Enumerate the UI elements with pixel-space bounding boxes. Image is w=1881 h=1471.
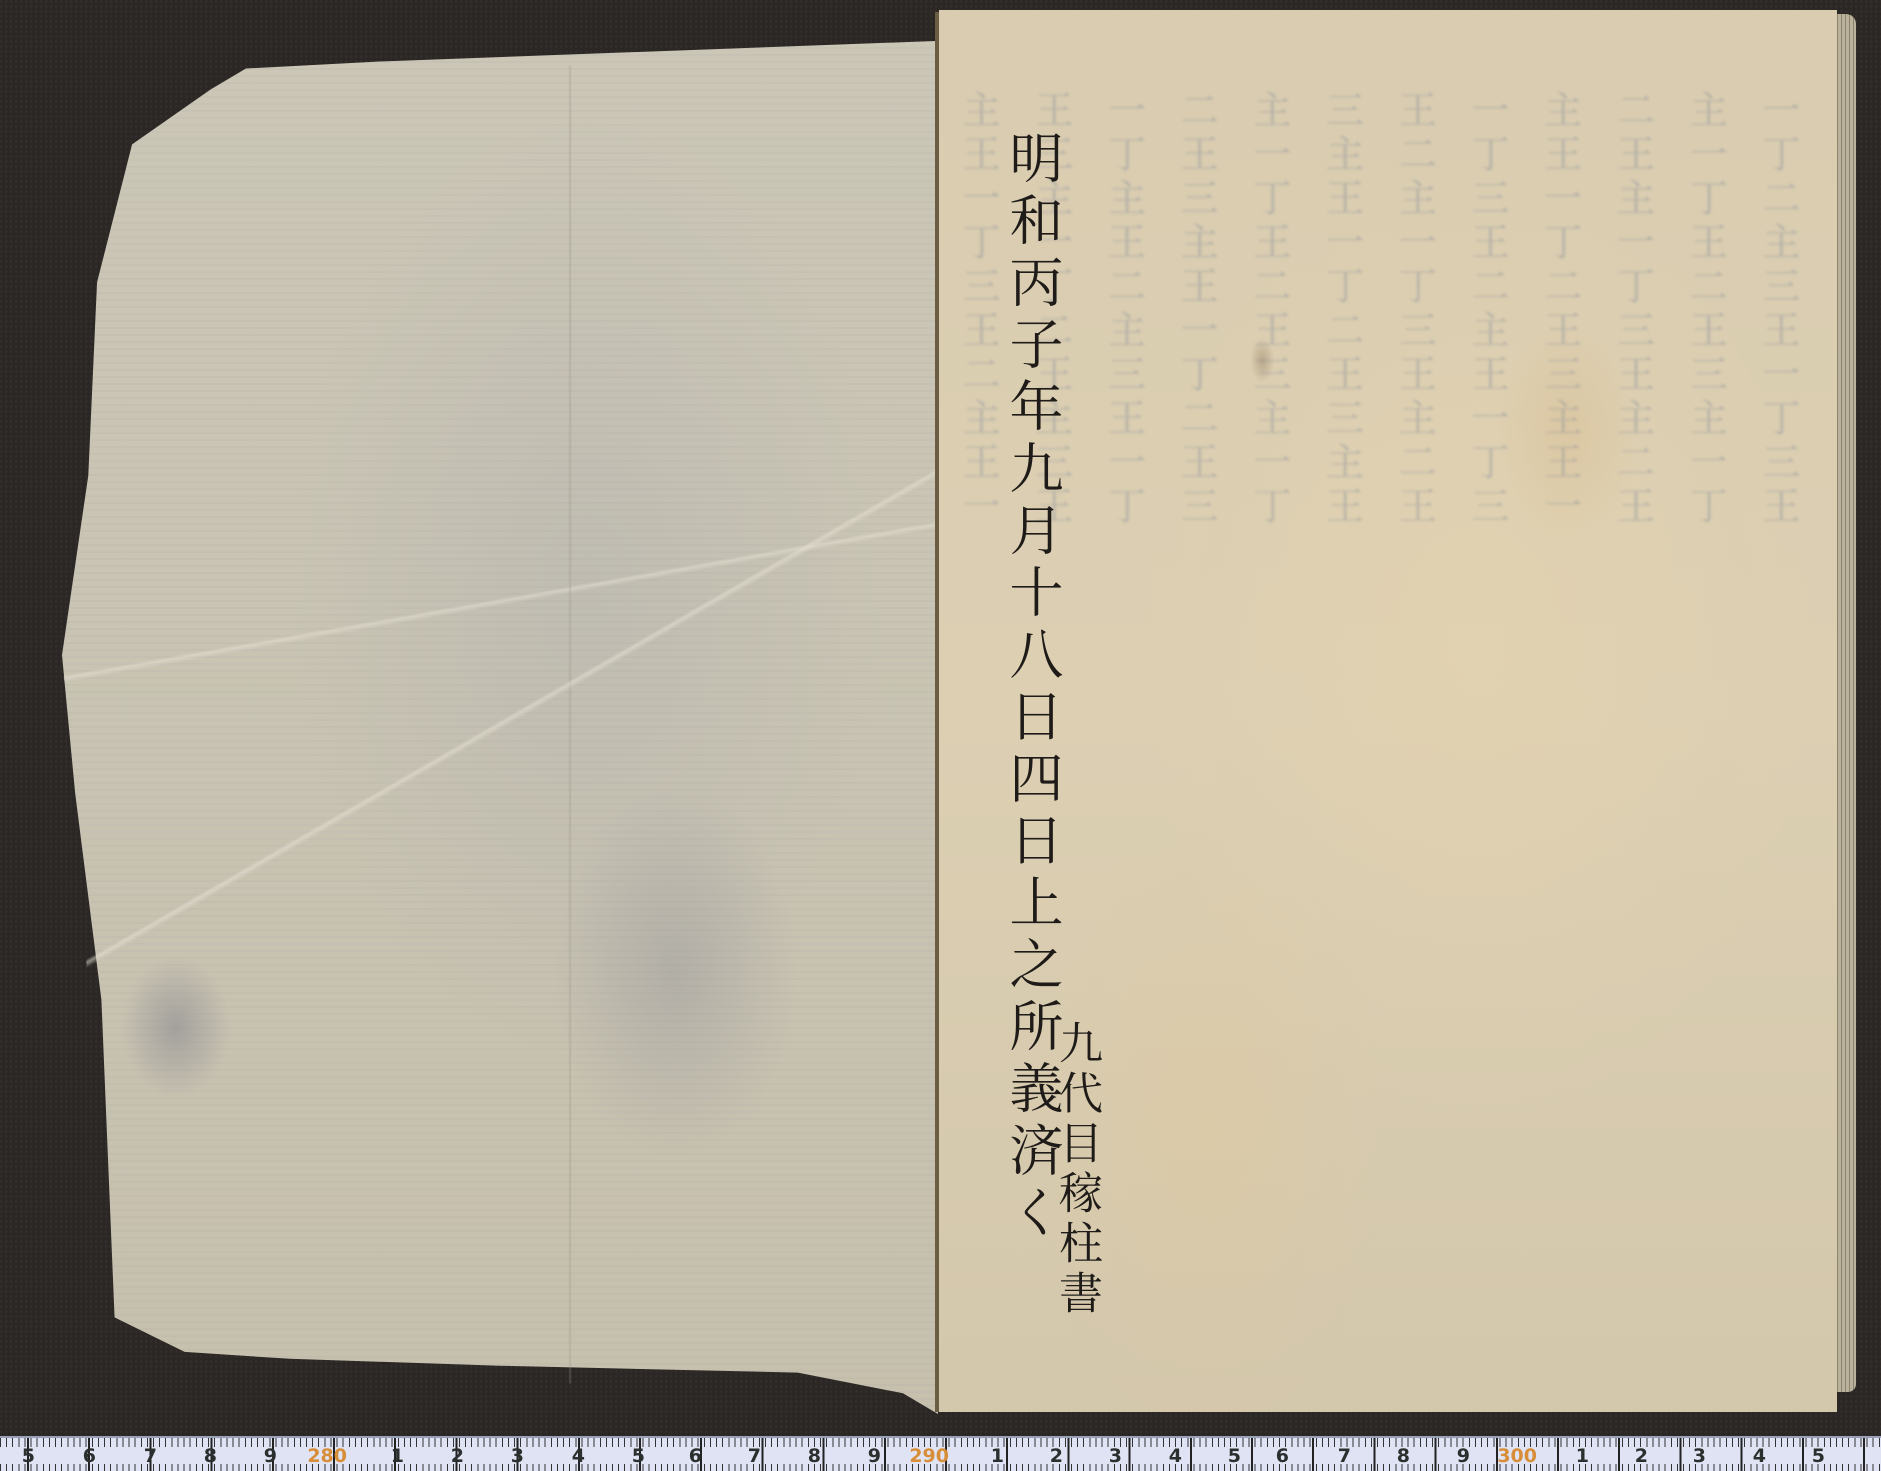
bleed-through-column: 主一丁王二王三主一丁 [1686,90,1724,1370]
ruler-label: 5 [1812,1445,1828,1467]
ruler-label: 7 [1338,1445,1354,1467]
ruler-label: 2 [1635,1445,1651,1467]
ruler-label: 1 [1576,1445,1592,1467]
ruler-label: 8 [1397,1445,1413,1467]
ruler-label: 1 [391,1445,407,1467]
ruler-label: 8 [204,1445,220,1467]
ruler-label: 5 [1228,1445,1244,1467]
ruler-label: 6 [1276,1445,1292,1467]
ruler-label: 6 [83,1445,99,1467]
ruler-label: 3 [1109,1445,1125,1467]
ruler-label: 6 [689,1445,705,1467]
bleed-through-column: 主王一丁三王二主王一 [959,90,997,1370]
handwritten-signature: 九代目稼柱書 [1054,1020,1098,1320]
bleed-through-column: 王二主一丁三王主二王 [1395,90,1433,1370]
bleed-through-column: 主一丁王二王三主一丁 [1250,90,1288,1370]
bleed-through-column: 二王主一丁三王主二王 [1613,90,1651,1370]
ruler-label: 4 [1169,1445,1185,1467]
ruler-label: 300 [1497,1445,1540,1467]
ruler-label: 290 [909,1445,952,1467]
bleed-through-column: 二王三主王一丁二王三 [1177,90,1215,1370]
ruler-label: 4 [572,1445,588,1467]
book-spine [935,12,939,1412]
bleed-through-column: 一丁三王二主王一丁三 [1468,90,1506,1370]
ruler-label: 7 [144,1445,160,1467]
ruler-label: 280 [307,1445,350,1467]
ruler-label: 1 [991,1445,1007,1467]
ruler-label: 5 [22,1445,38,1467]
ruler-label: 9 [868,1445,884,1467]
ruler-label: 5 [632,1445,648,1467]
measuring-ruler: 5678928012345678929012345678930012345 [0,1436,1881,1471]
ruler-label: 2 [1050,1445,1066,1467]
ruler-label: 3 [511,1445,527,1467]
bleed-through-column: 三主王一丁二王三主王 [1323,90,1361,1370]
bleed-through-column: 一丁主王二主三王一丁 [1104,90,1142,1370]
ruler-label: 7 [748,1445,764,1467]
ruler-label: 4 [1753,1445,1769,1467]
bleed-through-column: 一丁二主三王一丁三王 [1759,90,1797,1370]
ruler-label: 3 [1693,1445,1709,1467]
ruler-label: 9 [264,1445,280,1467]
ruler-label: 8 [808,1445,824,1467]
right-page: 一丁二主三王一丁三王主一丁王二王三主一丁二王主一丁三王主二王主王一丁二王三主王一… [939,10,1837,1412]
ruler-label: 9 [1457,1445,1473,1467]
bleed-through-column: 主王一丁二王三主王一 [1541,90,1579,1370]
ruler-label: 2 [451,1445,467,1467]
left-page [62,34,938,1414]
